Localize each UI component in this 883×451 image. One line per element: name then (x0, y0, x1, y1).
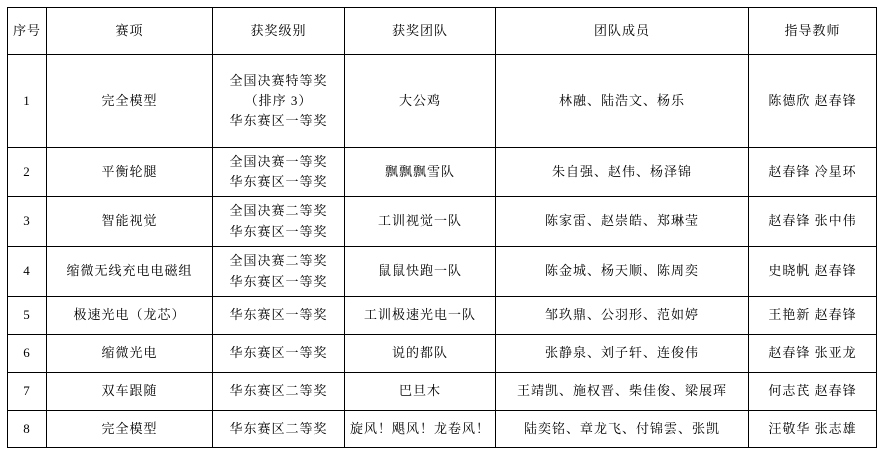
cell-members: 陈金城、杨天顺、陈周奕 (496, 247, 749, 297)
cell-teachers: 史晓帆 赵春锋 (749, 247, 877, 297)
cell-award-level: 全国决赛二等奖 华东赛区一等奖 (213, 197, 345, 247)
cell-event: 智能视觉 (47, 197, 213, 247)
col-header-teachers: 指导教师 (749, 8, 877, 55)
cell-teachers: 赵春锋 张亚龙 (749, 335, 877, 373)
cell-award-level: 全国决赛特等奖 （排序 3） 华东赛区一等奖 (213, 55, 345, 148)
col-header-no: 序号 (8, 8, 47, 55)
cell-members: 陆奕铭、章龙飞、付锦雲、张凯 (496, 411, 749, 448)
cell-teachers: 汪敬华 张志雄 (749, 411, 877, 448)
cell-members: 陈家雷、赵崇皓、郑琳莹 (496, 197, 749, 247)
cell-award-team: 大公鸡 (345, 55, 496, 148)
cell-event: 极速光电（龙芯） (47, 297, 213, 335)
col-header-event: 赛项 (47, 8, 213, 55)
cell-event: 缩微光电 (47, 335, 213, 373)
cell-no: 5 (8, 297, 47, 335)
col-header-members: 团队成员 (496, 8, 749, 55)
cell-award-level: 全国决赛一等奖 华东赛区一等奖 (213, 148, 345, 197)
table-row: 3 智能视觉 全国决赛二等奖 华东赛区一等奖 工训视觉一队 陈家雷、赵崇皓、郑琳… (8, 197, 877, 247)
cell-event: 完全模型 (47, 55, 213, 148)
cell-no: 2 (8, 148, 47, 197)
cell-event: 双车跟随 (47, 373, 213, 411)
cell-award-level: 华东赛区一等奖 (213, 335, 345, 373)
cell-no: 4 (8, 247, 47, 297)
cell-members: 张静泉、刘子轩、连俊伟 (496, 335, 749, 373)
table-row: 5 极速光电（龙芯） 华东赛区一等奖 工训极速光电一队 邹玖鼎、公羽形、范如婷 … (8, 297, 877, 335)
cell-award-level: 华东赛区二等奖 (213, 411, 345, 448)
cell-award-level: 华东赛区一等奖 (213, 297, 345, 335)
cell-teachers: 何志芪 赵春锋 (749, 373, 877, 411)
cell-no: 1 (8, 55, 47, 148)
cell-teachers: 王艳新 赵春锋 (749, 297, 877, 335)
table-row: 1 完全模型 全国决赛特等奖 （排序 3） 华东赛区一等奖 大公鸡 林融、陆浩文… (8, 55, 877, 148)
cell-no: 7 (8, 373, 47, 411)
cell-event: 完全模型 (47, 411, 213, 448)
cell-no: 8 (8, 411, 47, 448)
cell-members: 王靖凯、施权晋、柴佳俊、梁展珲 (496, 373, 749, 411)
table-row: 7 双车跟随 华东赛区二等奖 巴旦木 王靖凯、施权晋、柴佳俊、梁展珲 何志芪 赵… (8, 373, 877, 411)
cell-teachers: 陈德欣 赵春锋 (749, 55, 877, 148)
cell-no: 6 (8, 335, 47, 373)
cell-no: 3 (8, 197, 47, 247)
cell-award-team: 工训视觉一队 (345, 197, 496, 247)
cell-event: 平衡轮腿 (47, 148, 213, 197)
cell-event: 缩微无线充电电磁组 (47, 247, 213, 297)
cell-award-level: 华东赛区二等奖 (213, 373, 345, 411)
cell-award-team: 鼠鼠快跑一队 (345, 247, 496, 297)
table-row: 2 平衡轮腿 全国决赛一等奖 华东赛区一等奖 飘飘飘雪队 朱自强、赵伟、杨泽锦 … (8, 148, 877, 197)
cell-award-team: 说的都队 (345, 335, 496, 373)
cell-award-team: 工训极速光电一队 (345, 297, 496, 335)
header-row: 序号 赛项 获奖级别 获奖团队 团队成员 指导教师 (8, 8, 877, 55)
col-header-award-level: 获奖级别 (213, 8, 345, 55)
table-row: 4 缩微无线充电电磁组 全国决赛二等奖 华东赛区一等奖 鼠鼠快跑一队 陈金城、杨… (8, 247, 877, 297)
awards-table: 序号 赛项 获奖级别 获奖团队 团队成员 指导教师 1 完全模型 全国决赛特等奖… (7, 7, 877, 448)
cell-teachers: 赵春锋 冷星环 (749, 148, 877, 197)
cell-award-team: 飘飘飘雪队 (345, 148, 496, 197)
cell-award-level: 全国决赛二等奖 华东赛区一等奖 (213, 247, 345, 297)
col-header-award-team: 获奖团队 (345, 8, 496, 55)
cell-award-team: 巴旦木 (345, 373, 496, 411)
cell-award-team: 旋风！飓风！龙卷风！ (345, 411, 496, 448)
table-row: 8 完全模型 华东赛区二等奖 旋风！飓风！龙卷风！ 陆奕铭、章龙飞、付锦雲、张凯… (8, 411, 877, 448)
cell-members: 朱自强、赵伟、杨泽锦 (496, 148, 749, 197)
cell-teachers: 赵春锋 张中伟 (749, 197, 877, 247)
table-row: 6 缩微光电 华东赛区一等奖 说的都队 张静泉、刘子轩、连俊伟 赵春锋 张亚龙 (8, 335, 877, 373)
cell-members: 邹玖鼎、公羽形、范如婷 (496, 297, 749, 335)
cell-members: 林融、陆浩文、杨乐 (496, 55, 749, 148)
